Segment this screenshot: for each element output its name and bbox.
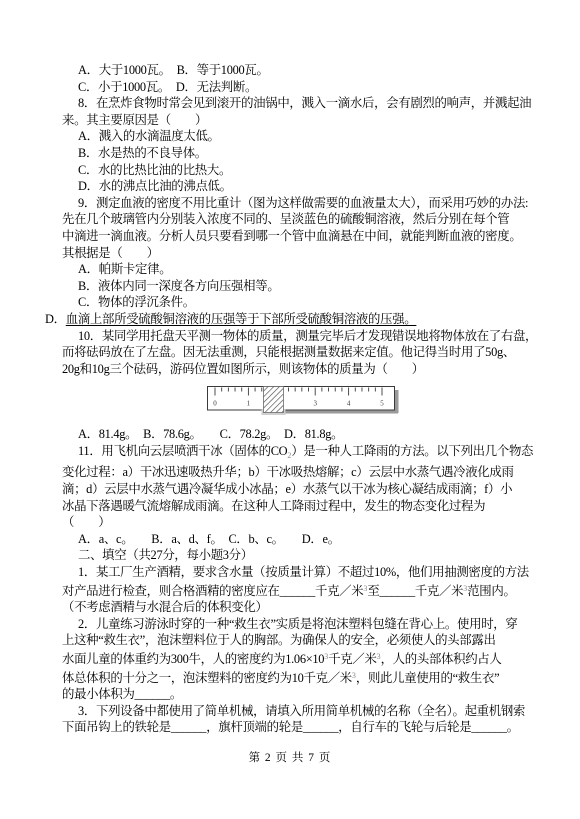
text-segment: A．溅入的水滴温度太低。 [78, 129, 220, 143]
text-line: 2．儿童练习游泳时穿的一种“救生衣”实质是将泡沫塑料包缝在背心上。使用时，穿 [45, 616, 555, 633]
text-segment: A．81.4g。 B．78.6g。 C．78.2g。 D．81.8g。 [78, 427, 343, 441]
text-segment: B．水是热的不良导体。 [78, 146, 207, 160]
text-segment: 其根据是（ ） [62, 246, 159, 260]
underlined-text: 血滴上部所受硫酸铜溶液的压强等于下部所受硫酸铜溶液的压强。 [66, 312, 417, 326]
text-line: 上这种“救生衣”，泡沫塑料位于人的胸部。为确保人的安全，必须使人的头部露出 [45, 632, 555, 649]
page-footer: 第 2 页 共 7 页 [0, 749, 580, 765]
text-segment: 9．测定血液的密度不用比重计（图为这样做需要的血液量太大），而采用巧妙的办法: [78, 196, 528, 210]
text-line: 对产品进行检查，则合格酒精的密度应在______千克／米3至______千克／米… [45, 581, 555, 600]
text-line: A．大于1000瓦。 B．等于1000瓦。 [45, 62, 555, 79]
text-segment: C．小于1000瓦。 D．无法判断。 [78, 80, 257, 94]
text-segment: （不考虑酒精与水混合后的体积变化） [62, 600, 268, 614]
text-line: D．水的沸点比油的沸点低。 [45, 178, 555, 195]
text-segment: D． [45, 312, 66, 326]
question-lines-lower: A．81.4g。 B．78.6g。 C．78.2g。 D．81.8g。11．用飞… [45, 426, 555, 736]
text-segment: 的最小体积为______。 [62, 687, 182, 701]
text-segment: 3．下列设备中都使用了简单机械，请填入所用简单机械的名称（全名）。起重机钢索 [78, 704, 525, 718]
text-segment: 冰晶下落遇暖气流熔解成雨滴。在这种人工降雨过程中，发生的物态变化过程为 [62, 499, 485, 513]
text-line: 8．在烹炸食物时常会见到滚开的油锅中，溅入一滴水后，会有剧烈的响声，并溅起油 [45, 95, 555, 112]
text-line: 9．测定血液的密度不用比重计（图为这样做需要的血液量太大），而采用巧妙的办法: [45, 195, 555, 212]
text-segment: 水面儿童的体重约为300牛，人的密度约为1.06×10 [62, 652, 324, 666]
text-line: 而将砝码放在了左盘。因无法重测，只能根据测量数据来定值。他记得当时用了50g、 [45, 344, 555, 361]
question-lines-upper: A．大于1000瓦。 B．等于1000瓦。C．小于1000瓦。 D．无法判断。8… [45, 62, 555, 377]
text-segment: C．物体的浮沉条件。 [78, 295, 195, 309]
text-segment: （ ） [62, 515, 110, 529]
text-line: 1．某工厂生产酒精，要求含水量（按质量计算）不超过10%，他们用抽测密度的方法 [45, 564, 555, 581]
text-segment: 范围内。 [467, 584, 515, 598]
text-line: A．81.4g。 B．78.6g。 C．78.2g。 D．81.8g。 [45, 426, 555, 443]
text-segment: 而将砝码放在了左盘。因无法重测，只能根据测量数据来定值。他记得当时用了50g、 [62, 345, 515, 359]
text-segment: 二、填空（共27分，每小题3分） [78, 548, 253, 562]
text-segment: 1．某工厂生产酒精，要求含水量（按质量计算）不超过10%，他们用抽测密度的方法 [78, 565, 529, 579]
text-segment: 千克／米 [328, 652, 376, 666]
text-line: （不考虑酒精与水混合后的体积变化） [45, 599, 555, 616]
ruler-figure: 012345 [207, 385, 401, 419]
text-line: （ ） [45, 514, 555, 531]
text-line: C．水的比热比油的比热大。 [45, 162, 555, 179]
ruler-shadow [272, 410, 398, 414]
text-segment: 下面吊钩上的铁轮是______，旗杆顶端的轮是______，自行车的飞轮与后轮是… [62, 720, 519, 734]
text-segment: 20g和10g三个砝码，游码位置如图所示，则该物体的质量为（ ） [62, 362, 424, 376]
rider-weight-slider [261, 387, 285, 416]
exam-page-body: A．大于1000瓦。 B．等于1000瓦。C．小于1000瓦。 D．无法判断。8… [45, 62, 555, 736]
text-line: 冰晶下落遇暖气流熔解成雨滴。在这种人工降雨过程中，发生的物态变化过程为 [45, 498, 555, 515]
text-segment: 至______千克／米 [367, 584, 463, 598]
svg-text:5: 5 [380, 400, 384, 408]
text-line: 二、填空（共27分，每小题3分） [45, 547, 555, 564]
ruler-svg: 012345 [207, 385, 401, 419]
text-segment: 中滴进一滴血液。分析人员只要看到哪一个管中血滴悬在中间，就能判断血液的密度。 [62, 229, 521, 243]
text-segment: 变化过程：a）干冰迅速吸热升华；b）干冰吸热熔解；c）云层中水蒸气遇冷液化成雨 [62, 465, 514, 479]
text-segment: 先在几个玻璃管内分别装入浓度不同的、呈淡蓝色的硫酸铜溶液，然后分别在每个管 [62, 212, 509, 226]
text-segment: B．液体内同一深度各方向压强相等。 [78, 279, 279, 293]
text-segment: A．大于1000瓦。 B．等于1000瓦。 [78, 63, 269, 77]
text-segment: ，人的头部体积约占人 [381, 652, 502, 666]
text-segment: 2．儿童练习游泳时穿的一种“救生衣”实质是将泡沫塑料包缝在背心上。使用时，穿 [78, 617, 517, 631]
ruler-body [208, 387, 395, 411]
text-line: A．帕斯卡定律。 [45, 261, 555, 278]
text-line: 先在几个玻璃管内分别装入浓度不同的、呈淡蓝色的硫酸铜溶液，然后分别在每个管 [45, 211, 555, 228]
text-line: D．血滴上部所受硫酸铜溶液的压强等于下部所受硫酸铜溶液的压强。 [45, 311, 555, 328]
svg-text:0: 0 [213, 400, 217, 408]
text-line: 10．某同学用托盘天平测一物体的质量，测量完毕后才发现错误地将物体放在了右盘， [45, 328, 555, 345]
text-line: A．a、c。 B．a、d、f。 C．b、c。 D．e。 [45, 531, 555, 548]
text-segment: 上这种“救生衣”，泡沫塑料位于人的胸部。为确保人的安全，必须使人的头部露出 [62, 633, 496, 647]
text-segment: A．a、c。 B．a、d、f。 C．b、c。 D．e。 [78, 532, 340, 546]
text-segment: 来。其主要原因是（ ） [62, 113, 207, 127]
text-segment: 滴；d）云层中水蒸气遇冷凝华成小冰晶；e）水蒸气以干冰为核心凝结成雨滴；f）小 [62, 482, 512, 496]
text-segment: 体总体积的十分之一，泡沫塑料的密度约为10千克／米 [62, 671, 352, 685]
text-line: 水面儿童的体重约为300牛，人的密度约为1.06×103千克／米3，人的头部体积… [45, 649, 555, 668]
text-line: B．液体内同一深度各方向压强相等。 [45, 278, 555, 295]
text-segment: 8．在烹炸食物时常会见到滚开的油锅中，溅入一滴水后，会有剧烈的响声，并溅起油 [78, 96, 531, 110]
text-segment: 对产品进行检查，则合格酒精的密度应在______千克／米 [62, 584, 363, 598]
ruler-shadow-right [395, 390, 399, 413]
text-line: 变化过程：a）干冰迅速吸热升华；b）干冰吸热熔解；c）云层中水蒸气遇冷液化成雨 [45, 464, 555, 481]
text-segment: ，则此儿童使用的“救生衣” [356, 671, 499, 685]
text-line: C．小于1000瓦。 D．无法判断。 [45, 79, 555, 96]
text-line: 3．下列设备中都使用了简单机械，请填入所用简单机械的名称（全名）。起重机钢索 [45, 703, 555, 720]
text-segment: A．帕斯卡定律。 [78, 262, 171, 276]
text-line: 体总体积的十分之一，泡沫塑料的密度约为10千克／米3，则此儿童使用的“救生衣” [45, 668, 555, 687]
text-line: A．溅入的水滴温度太低。 [45, 128, 555, 145]
text-line: 其根据是（ ） [45, 245, 555, 262]
text-segment: 11．用飞机向云层喷洒干冰（固体的CO [78, 444, 287, 458]
text-line: 的最小体积为______。 [45, 686, 555, 703]
text-line: 下面吊钩上的铁轮是______，旗杆顶端的轮是______，自行车的飞轮与后轮是… [45, 719, 555, 736]
text-line: 20g和10g三个砝码，游码位置如图所示，则该物体的质量为（ ） [45, 361, 555, 378]
text-segment: C．水的比热比油的比热大。 [78, 163, 231, 177]
svg-text:3: 3 [313, 400, 317, 408]
text-line: 来。其主要原因是（ ） [45, 112, 555, 129]
text-segment: ）是一种人工降雨的方法。以下列出几个物态 [291, 444, 533, 458]
text-line: B．水是热的不良导体。 [45, 145, 555, 162]
text-line: 滴；d）云层中水蒸气遇冷凝华成小冰晶；e）水蒸气以干冰为核心凝结成雨滴；f）小 [45, 481, 555, 498]
svg-text:4: 4 [347, 400, 351, 408]
svg-text:1: 1 [247, 400, 251, 408]
text-segment: 10．某同学用托盘天平测一物体的质量，测量完毕后才发现错误地将物体放在了右盘， [78, 329, 537, 343]
text-line: 11．用飞机向云层喷洒干冰（固体的CO2）是一种人工降雨的方法。以下列出几个物态 [45, 443, 555, 465]
text-line: 中滴进一滴血液。分析人员只要看到哪一个管中血滴悬在中间，就能判断血液的密度。 [45, 228, 555, 245]
text-line: C．物体的浮沉条件。 [45, 294, 555, 311]
text-segment: D．水的沸点比油的沸点低。 [78, 179, 232, 193]
